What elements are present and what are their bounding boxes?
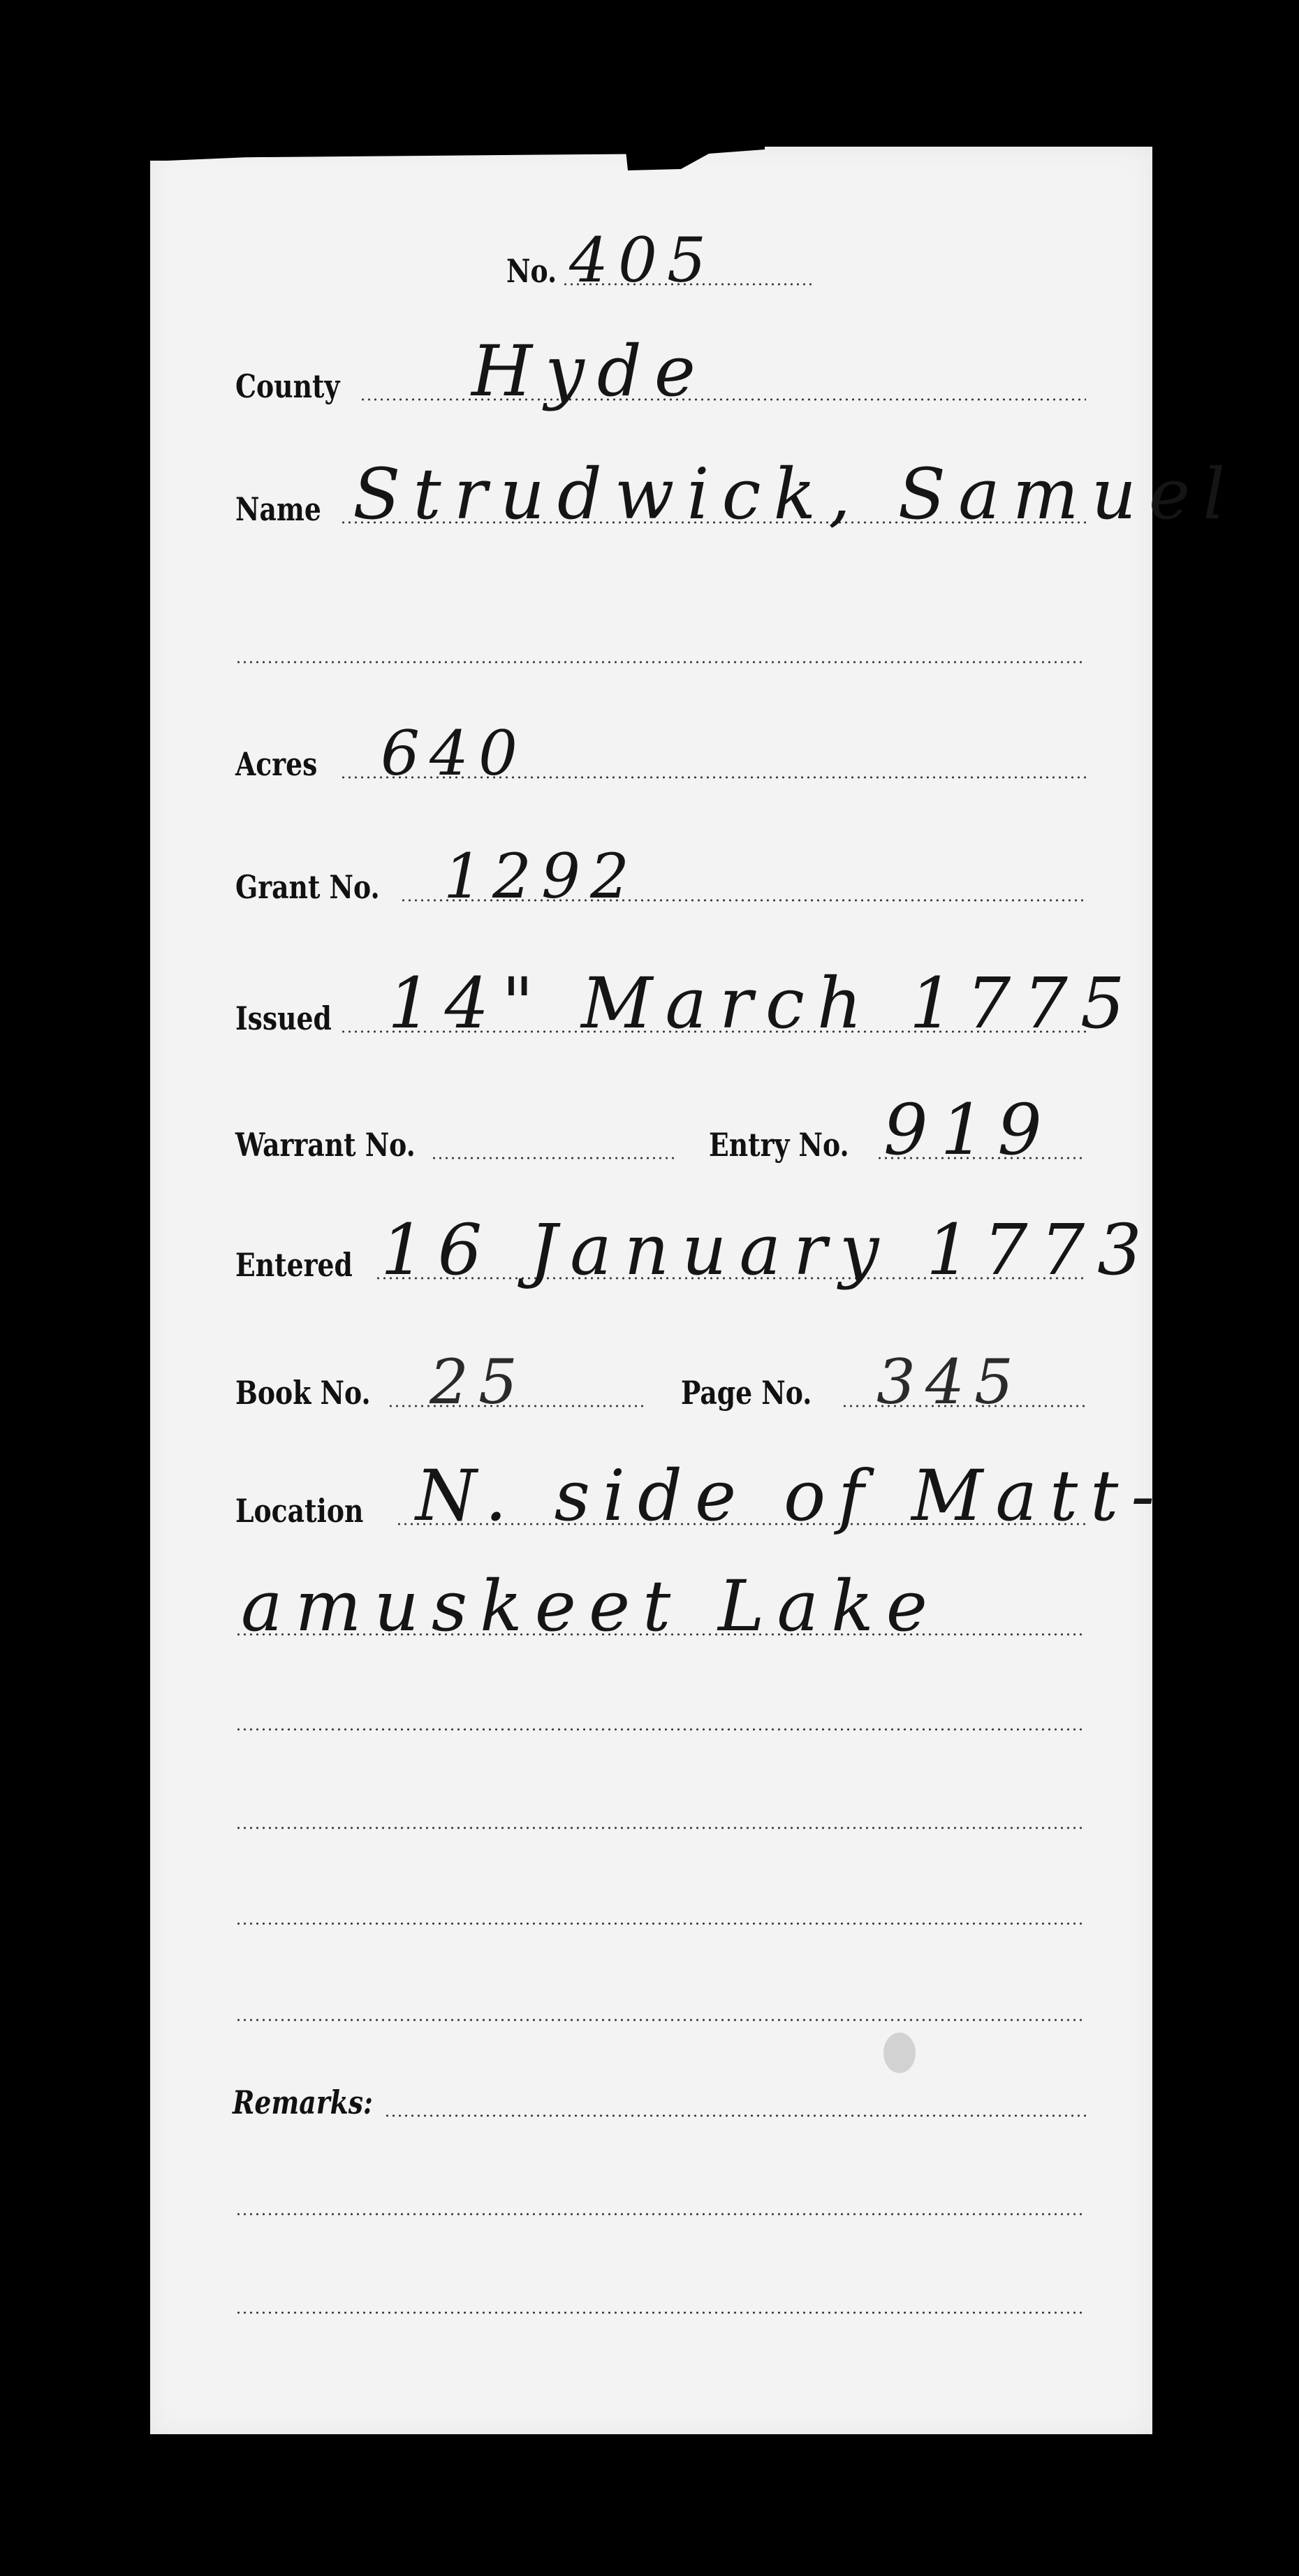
grant-no-label: Grant No. (235, 871, 380, 903)
location-value-1: N. side of Matt- (416, 1461, 1167, 1531)
paper-stain (883, 2033, 916, 2073)
remarks-label: Remarks: (233, 2086, 373, 2118)
entry-no-value: 919 (883, 1095, 1055, 1165)
location-label: Location (235, 1495, 363, 1527)
grant-no-value: 1292 (443, 846, 639, 907)
book-no-value: 25 (430, 1352, 527, 1413)
book-no-label: Book No. (235, 1377, 371, 1409)
remarks-line-2 (235, 2213, 1086, 2216)
remarks-line-1 (384, 2114, 1086, 2117)
issued-label: Issued (235, 1002, 332, 1034)
name-label: Name (235, 493, 321, 525)
entered-value: 16 January 1773 (381, 1215, 1154, 1285)
name-continued-line (235, 661, 1086, 664)
page-no-label: Page No. (681, 1377, 812, 1409)
acres-label: Acres (235, 748, 317, 780)
issued-value: 14" March 1775 (388, 969, 1138, 1039)
location-value-2: amuskeet Lake (241, 1572, 940, 1641)
location-line-4 (235, 1827, 1086, 1829)
acres-value: 640 (381, 723, 527, 784)
location-line-6 (235, 2019, 1086, 2021)
name-value: Strudwick, Samuel (353, 460, 1238, 529)
number-value: 405 (569, 230, 716, 291)
number-label: No. (506, 255, 557, 287)
warrant-no-label: Warrant No. (235, 1129, 416, 1161)
warrant-no-line (431, 1157, 675, 1159)
remarks-line-3 (235, 2311, 1082, 2314)
page-no-value: 345 (876, 1352, 1023, 1413)
land-grant-card: No. 405 County Hyde Name Strudwick, Samu… (150, 147, 1152, 2434)
county-label: County (235, 370, 339, 402)
torn-edge (147, 144, 636, 161)
location-line-3 (235, 1728, 1086, 1731)
entered-label: Entered (235, 1249, 353, 1281)
torn-notch (625, 144, 765, 172)
county-line (360, 398, 1086, 401)
entry-no-label: Entry No. (709, 1129, 849, 1161)
county-value: Hyde (471, 337, 708, 407)
location-line-5 (235, 1922, 1086, 1925)
